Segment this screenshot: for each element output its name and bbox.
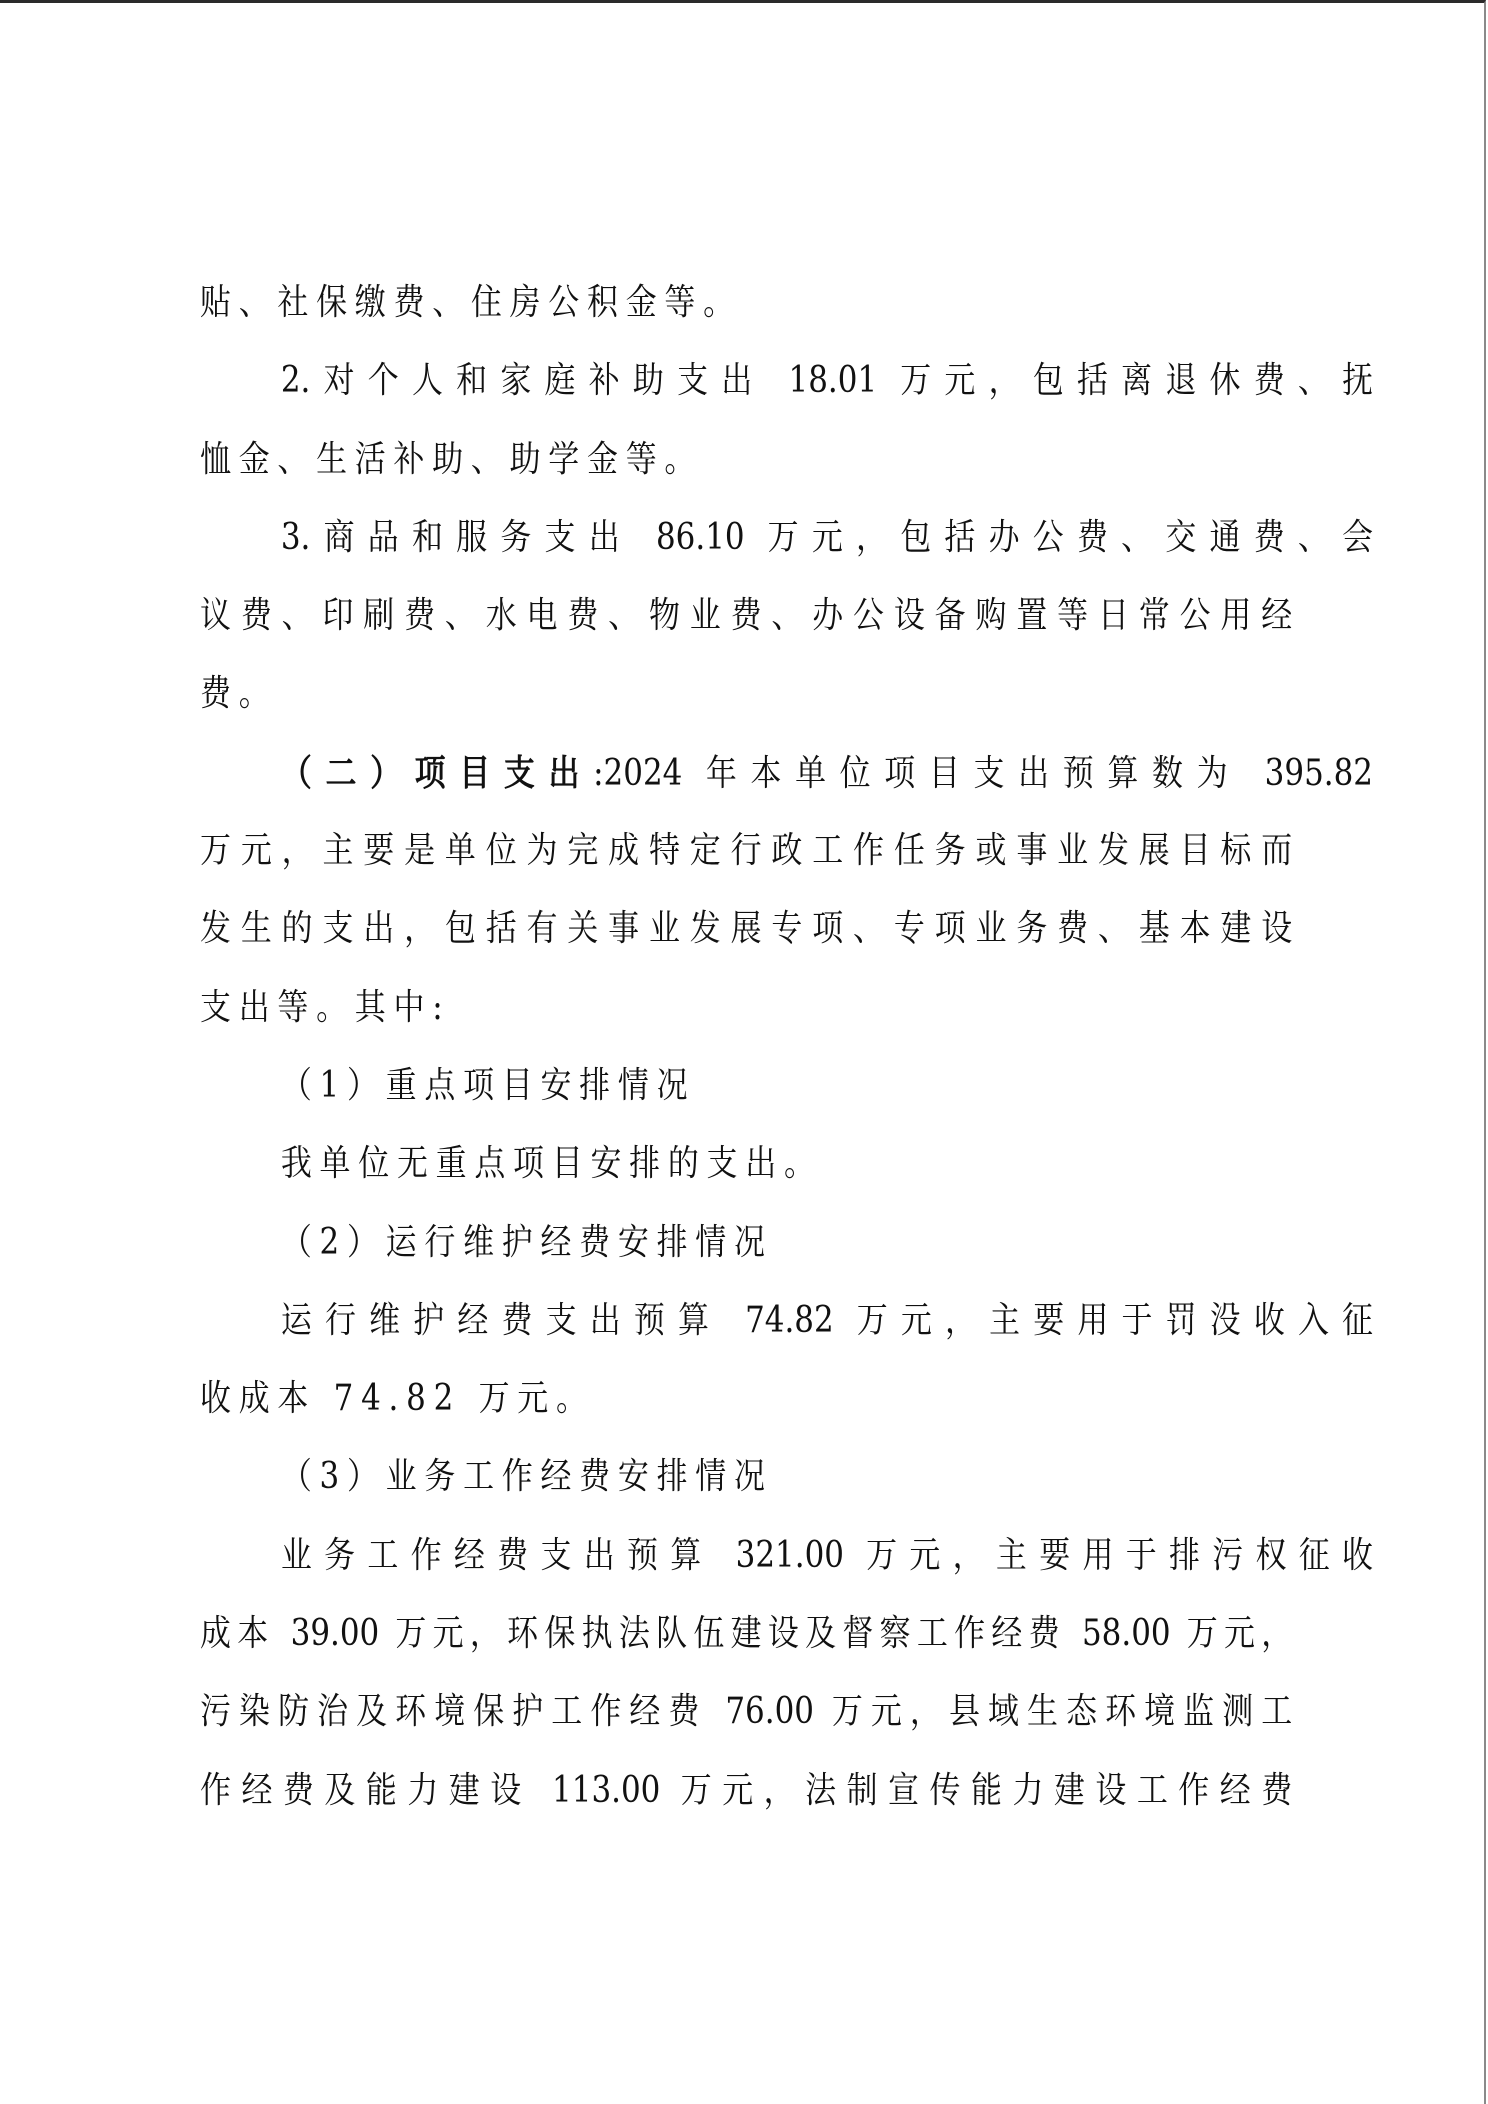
- text-line: 我单位无重点项目安排的支出。: [200, 1136, 1373, 1214]
- text-line: 运行维护经费支出预算 74.82 万元，主要用于罚没收入征: [200, 1293, 1373, 1371]
- text-line: 收成本 74.82 万元。: [200, 1371, 1292, 1449]
- text-line: 业务工作经费支出预算 321.00 万元，主要用于排污权征收: [200, 1528, 1373, 1606]
- subsection-title: （3）业务工作经费安排情况: [200, 1449, 1373, 1527]
- subsection-title: （1）重点项目安排情况: [200, 1058, 1373, 1136]
- section-heading-text: :2024 年本单位项目支出预算数为 395.82: [593, 753, 1373, 794]
- document-body: 贴、社保缴费、住房公积金等。 2.对个人和家庭补助支出 18.01 万元，包括离…: [200, 275, 1292, 1841]
- text-line: 支出等。其中:: [200, 980, 1292, 1058]
- text-line: 作经费及能力建设 113.00 万元，法制宣传能力建设工作经费: [200, 1763, 1292, 1841]
- section-heading: （二）项目支出: [281, 752, 593, 794]
- text-line: 恤金、生活补助、助学金等。: [200, 432, 1292, 510]
- document-page: 贴、社保缴费、住房公积金等。 2.对个人和家庭补助支出 18.01 万元，包括离…: [0, 0, 1486, 2104]
- text-line: 3.商品和服务支出 86.10 万元，包括办公费、交通费、会: [200, 510, 1373, 588]
- subsection-title: （2）运行维护经费安排情况: [200, 1215, 1373, 1293]
- text-line: 万元，主要是单位为完成特定行政工作任务或事业发展目标而: [200, 823, 1292, 901]
- text-line: 污染防治及环境保护工作经费 76.00 万元，县域生态环境监测工: [200, 1684, 1292, 1762]
- text-line: 贴、社保缴费、住房公积金等。: [200, 275, 1292, 353]
- text-line: 发生的支出，包括有关事业发展专项、专项业务费、基本建设: [200, 901, 1292, 979]
- text-line: 议费、印刷费、水电费、物业费、办公设备购置等日常公用经: [200, 588, 1292, 666]
- text-line: 费。: [200, 666, 1292, 744]
- section-heading-line: （二）项目支出:2024 年本单位项目支出预算数为 395.82: [200, 745, 1373, 823]
- text-line: 2.对个人和家庭补助支出 18.01 万元，包括离退休费、抚: [200, 353, 1373, 431]
- text-line: 成本 39.00 万元，环保执法队伍建设及督察工作经费 58.00 万元，: [200, 1606, 1292, 1684]
